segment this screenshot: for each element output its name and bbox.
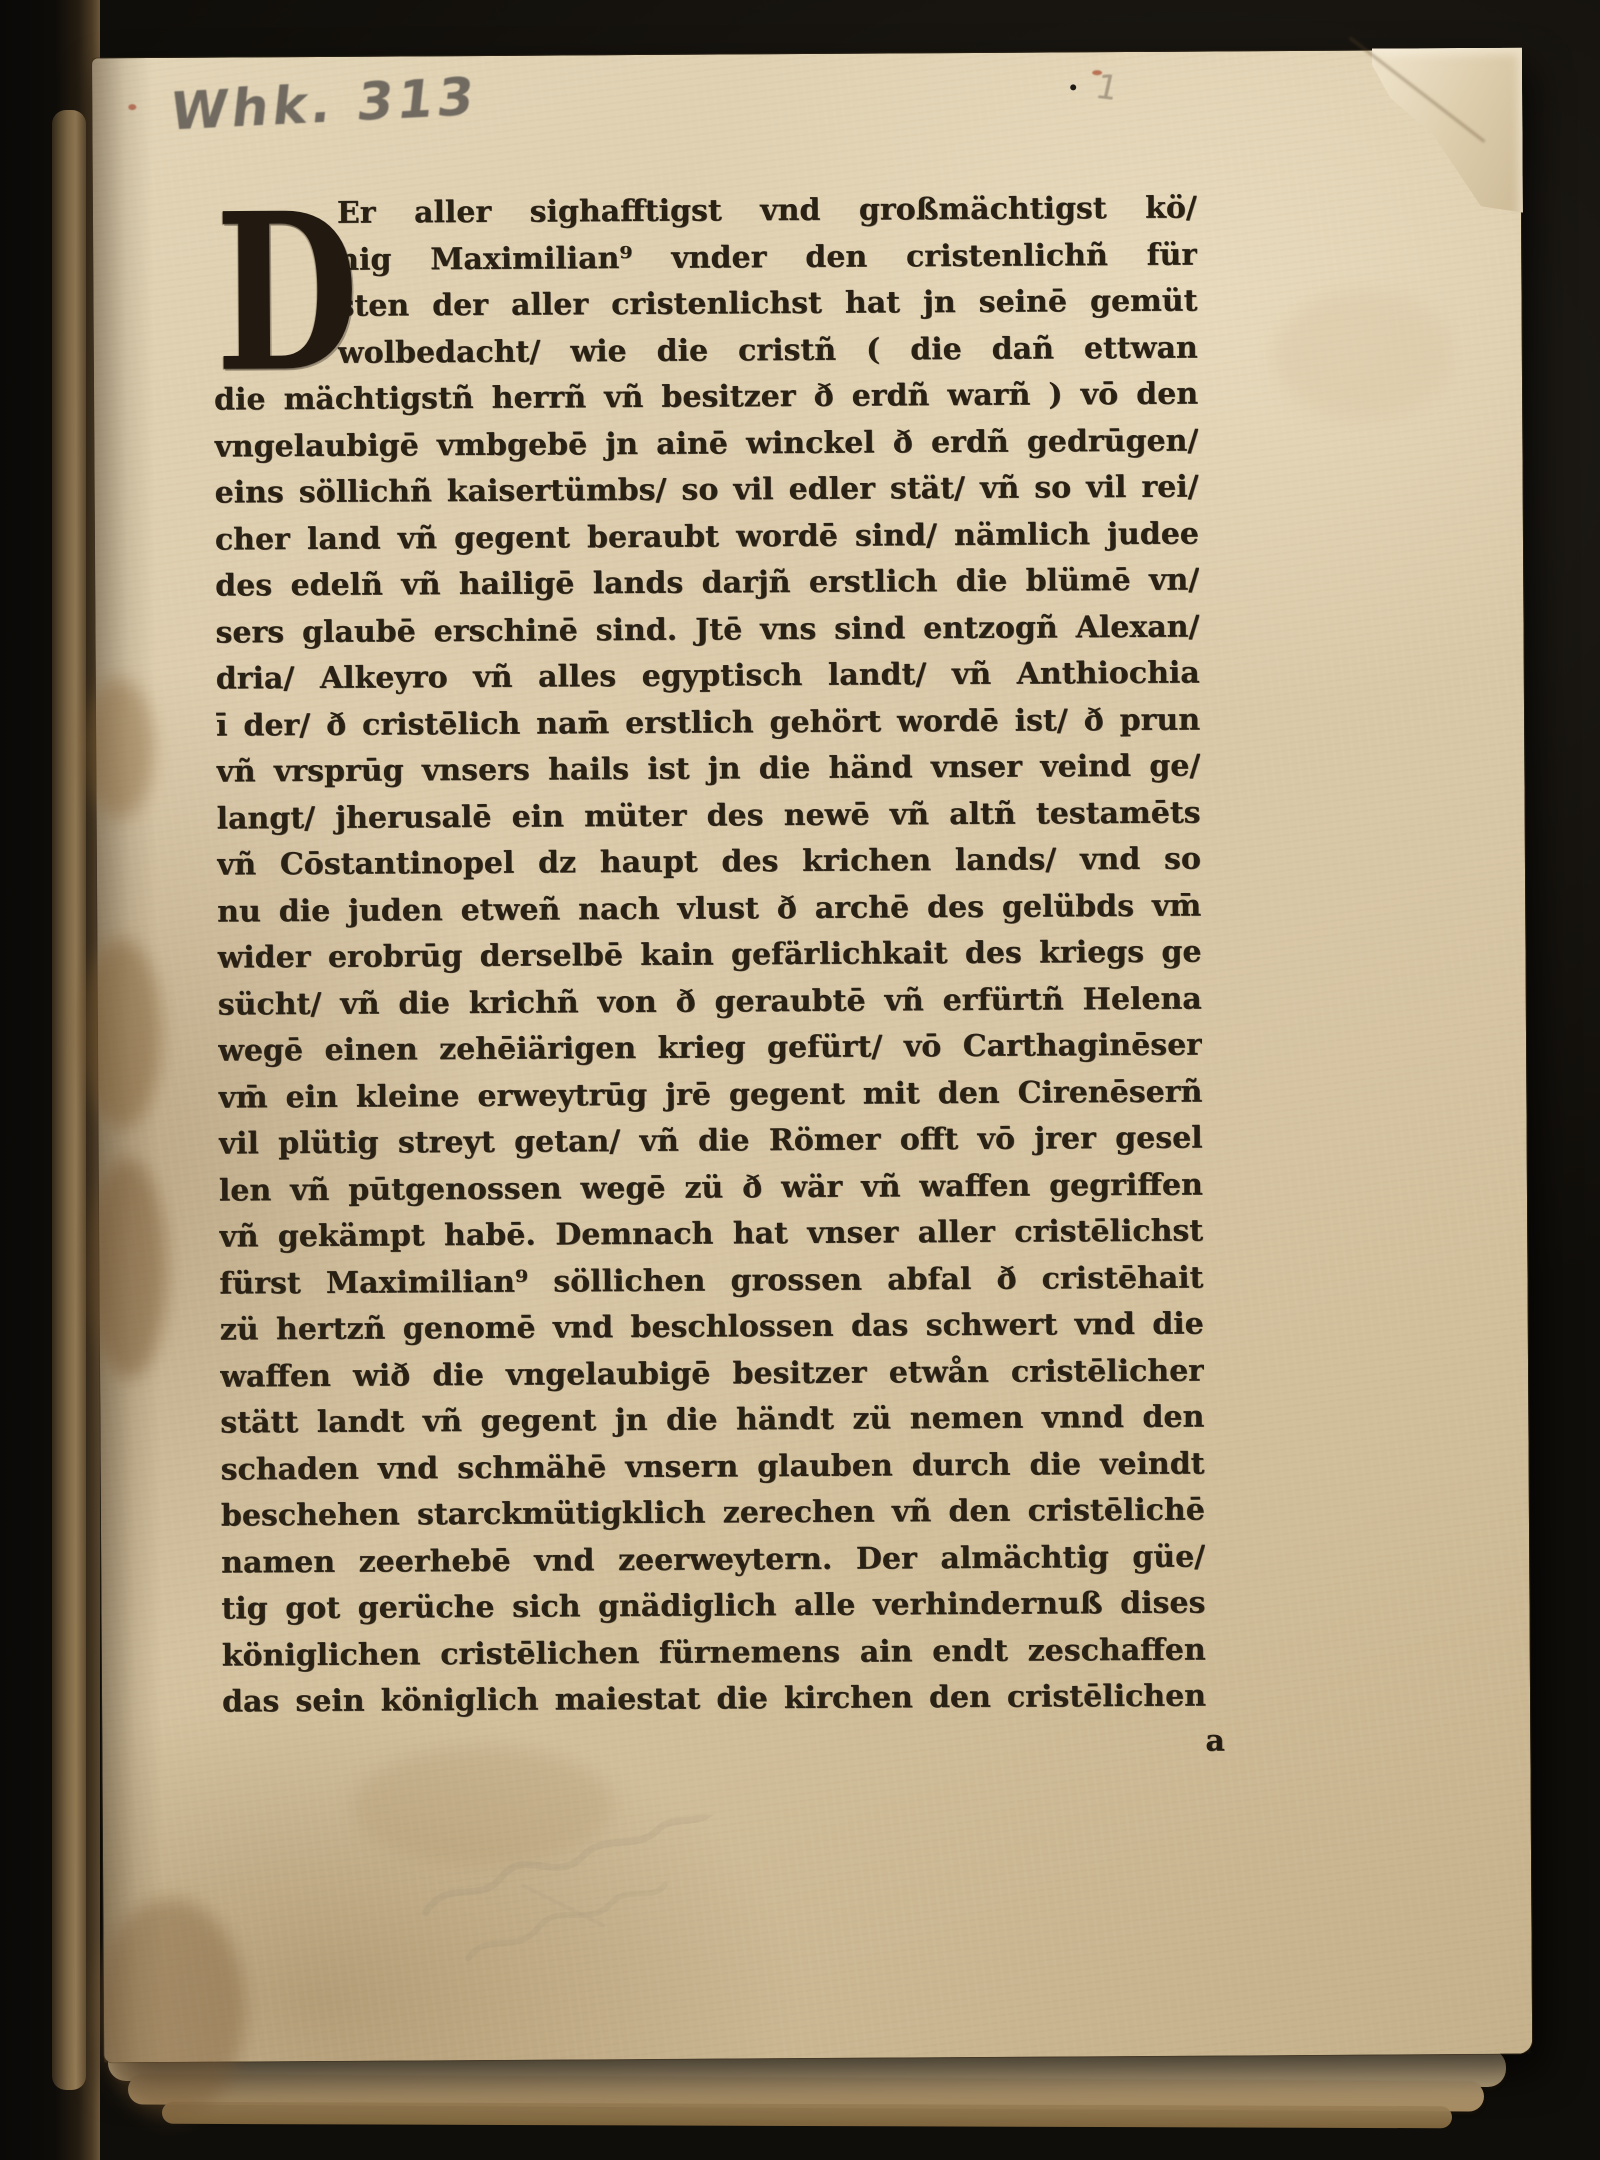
text-line: waffen wið die vngelaubigē besitzer etwå… bbox=[220, 1348, 1204, 1401]
underlying-page-edge bbox=[52, 110, 86, 2090]
text-line: dria/ Alkeyro vñ alles egyptisch landt/ … bbox=[216, 651, 1200, 704]
book-page: Whk. 313 1 D Er aller sighafftigst vnd g… bbox=[92, 50, 1532, 2063]
text-line: vñ vrsprūg vnsers hails ist jn die händ … bbox=[216, 744, 1200, 797]
text-line: des edelñ vñ hailigē lands darjñ erstlic… bbox=[215, 558, 1199, 611]
text-line: namen zeerhebē vnd zeerweytern. Der almä… bbox=[221, 1534, 1205, 1587]
ink-speck bbox=[1070, 84, 1076, 90]
text-line: wider erobrūg derselbē kain gefärlichkai… bbox=[217, 930, 1201, 983]
text-line: wegē einen zehēiärigen krieg gefürt/ vō … bbox=[218, 1023, 1202, 1076]
text-line: vñ gekämpt habē. Demnach hat vnser aller… bbox=[219, 1209, 1203, 1262]
paper-stain bbox=[95, 1897, 246, 2118]
text-line: die mächtigstñ herrñ vñ besitzer ð erdñ … bbox=[214, 372, 1198, 425]
text-line: beschehen starckmütigklich zerechen vñ d… bbox=[221, 1488, 1205, 1541]
page-edge-strip bbox=[162, 2102, 1452, 2129]
text-line: sers glaubē erschinē sind. Jtē vns sind … bbox=[215, 604, 1199, 657]
paper-stain bbox=[81, 938, 162, 1128]
paper-highlight bbox=[1273, 290, 1454, 421]
text-line: vil plütig streyt getan/ vñ die Römer of… bbox=[219, 1116, 1203, 1169]
text-line: sücht/ vñ die krichñ von ð geraubtē vñ e… bbox=[218, 976, 1202, 1029]
text-line: vm̄ ein kleine erweytrūg jrē gegent mit … bbox=[218, 1069, 1202, 1122]
pencil-scribbles bbox=[403, 1814, 744, 1976]
text-line: vngelaubigē vmbgebē jn ainē winckel ð er… bbox=[214, 418, 1198, 471]
text-line: sten der aller cristenlichst hat jn sein… bbox=[337, 279, 1197, 331]
text-line: stätt landt vñ gegent jn die händt zü ne… bbox=[220, 1395, 1204, 1448]
text-line: ī der/ ð cristēlich nam̄ erstlich gehört… bbox=[216, 697, 1200, 750]
text-line: wolbedacht/ wie die cristñ ( die dañ ett… bbox=[338, 325, 1198, 377]
text-block: D Er aller sighafftigst vnd großmächtigs… bbox=[213, 186, 1206, 1726]
text-line: vñ Cōstantinopel dz haupt des krichen la… bbox=[217, 837, 1201, 890]
red-speck bbox=[128, 104, 136, 110]
text-line: tig got gerüche sich gnädiglich alle ver… bbox=[221, 1581, 1205, 1634]
text-line: eins söllichñ kaisertümbs/ so vil edler … bbox=[215, 465, 1199, 518]
text-line: königlichen cristēlichen fürnemens ain e… bbox=[222, 1627, 1206, 1680]
text-line: schaden vnd schmähē vnsern glauben durch… bbox=[220, 1441, 1204, 1494]
text-line: Er aller sighafftigst vnd großmächtigst … bbox=[337, 186, 1197, 238]
text-line: nig Maximilian⁹ vnder den cristenlichñ f… bbox=[337, 232, 1197, 284]
paper-stain bbox=[84, 678, 155, 818]
text-line: len vñ pūtgenossen wegē zü ð wär vñ waff… bbox=[219, 1162, 1203, 1215]
text-line: zü hertzñ genomē vnd beschlossen das sch… bbox=[220, 1302, 1204, 1355]
text-line: nu die juden etweñ nach vlust ð archē de… bbox=[217, 883, 1201, 936]
woodcut-initial: D bbox=[215, 205, 317, 381]
text-line: das sein königlich maiestat die kirchen … bbox=[222, 1674, 1206, 1727]
text-line: fürst Maximilian⁹ söllichen grossen abfa… bbox=[219, 1255, 1203, 1308]
scan-background: Whk. 313 1 D Er aller sighafftigst vnd g… bbox=[0, 0, 1600, 2160]
text-line: langt/ jherusalē ein müter des newē vñ a… bbox=[217, 790, 1201, 843]
text-line: cher land vñ gegent beraubt wordē sind/ … bbox=[215, 511, 1199, 564]
signature-mark: a bbox=[1205, 1723, 1225, 1758]
